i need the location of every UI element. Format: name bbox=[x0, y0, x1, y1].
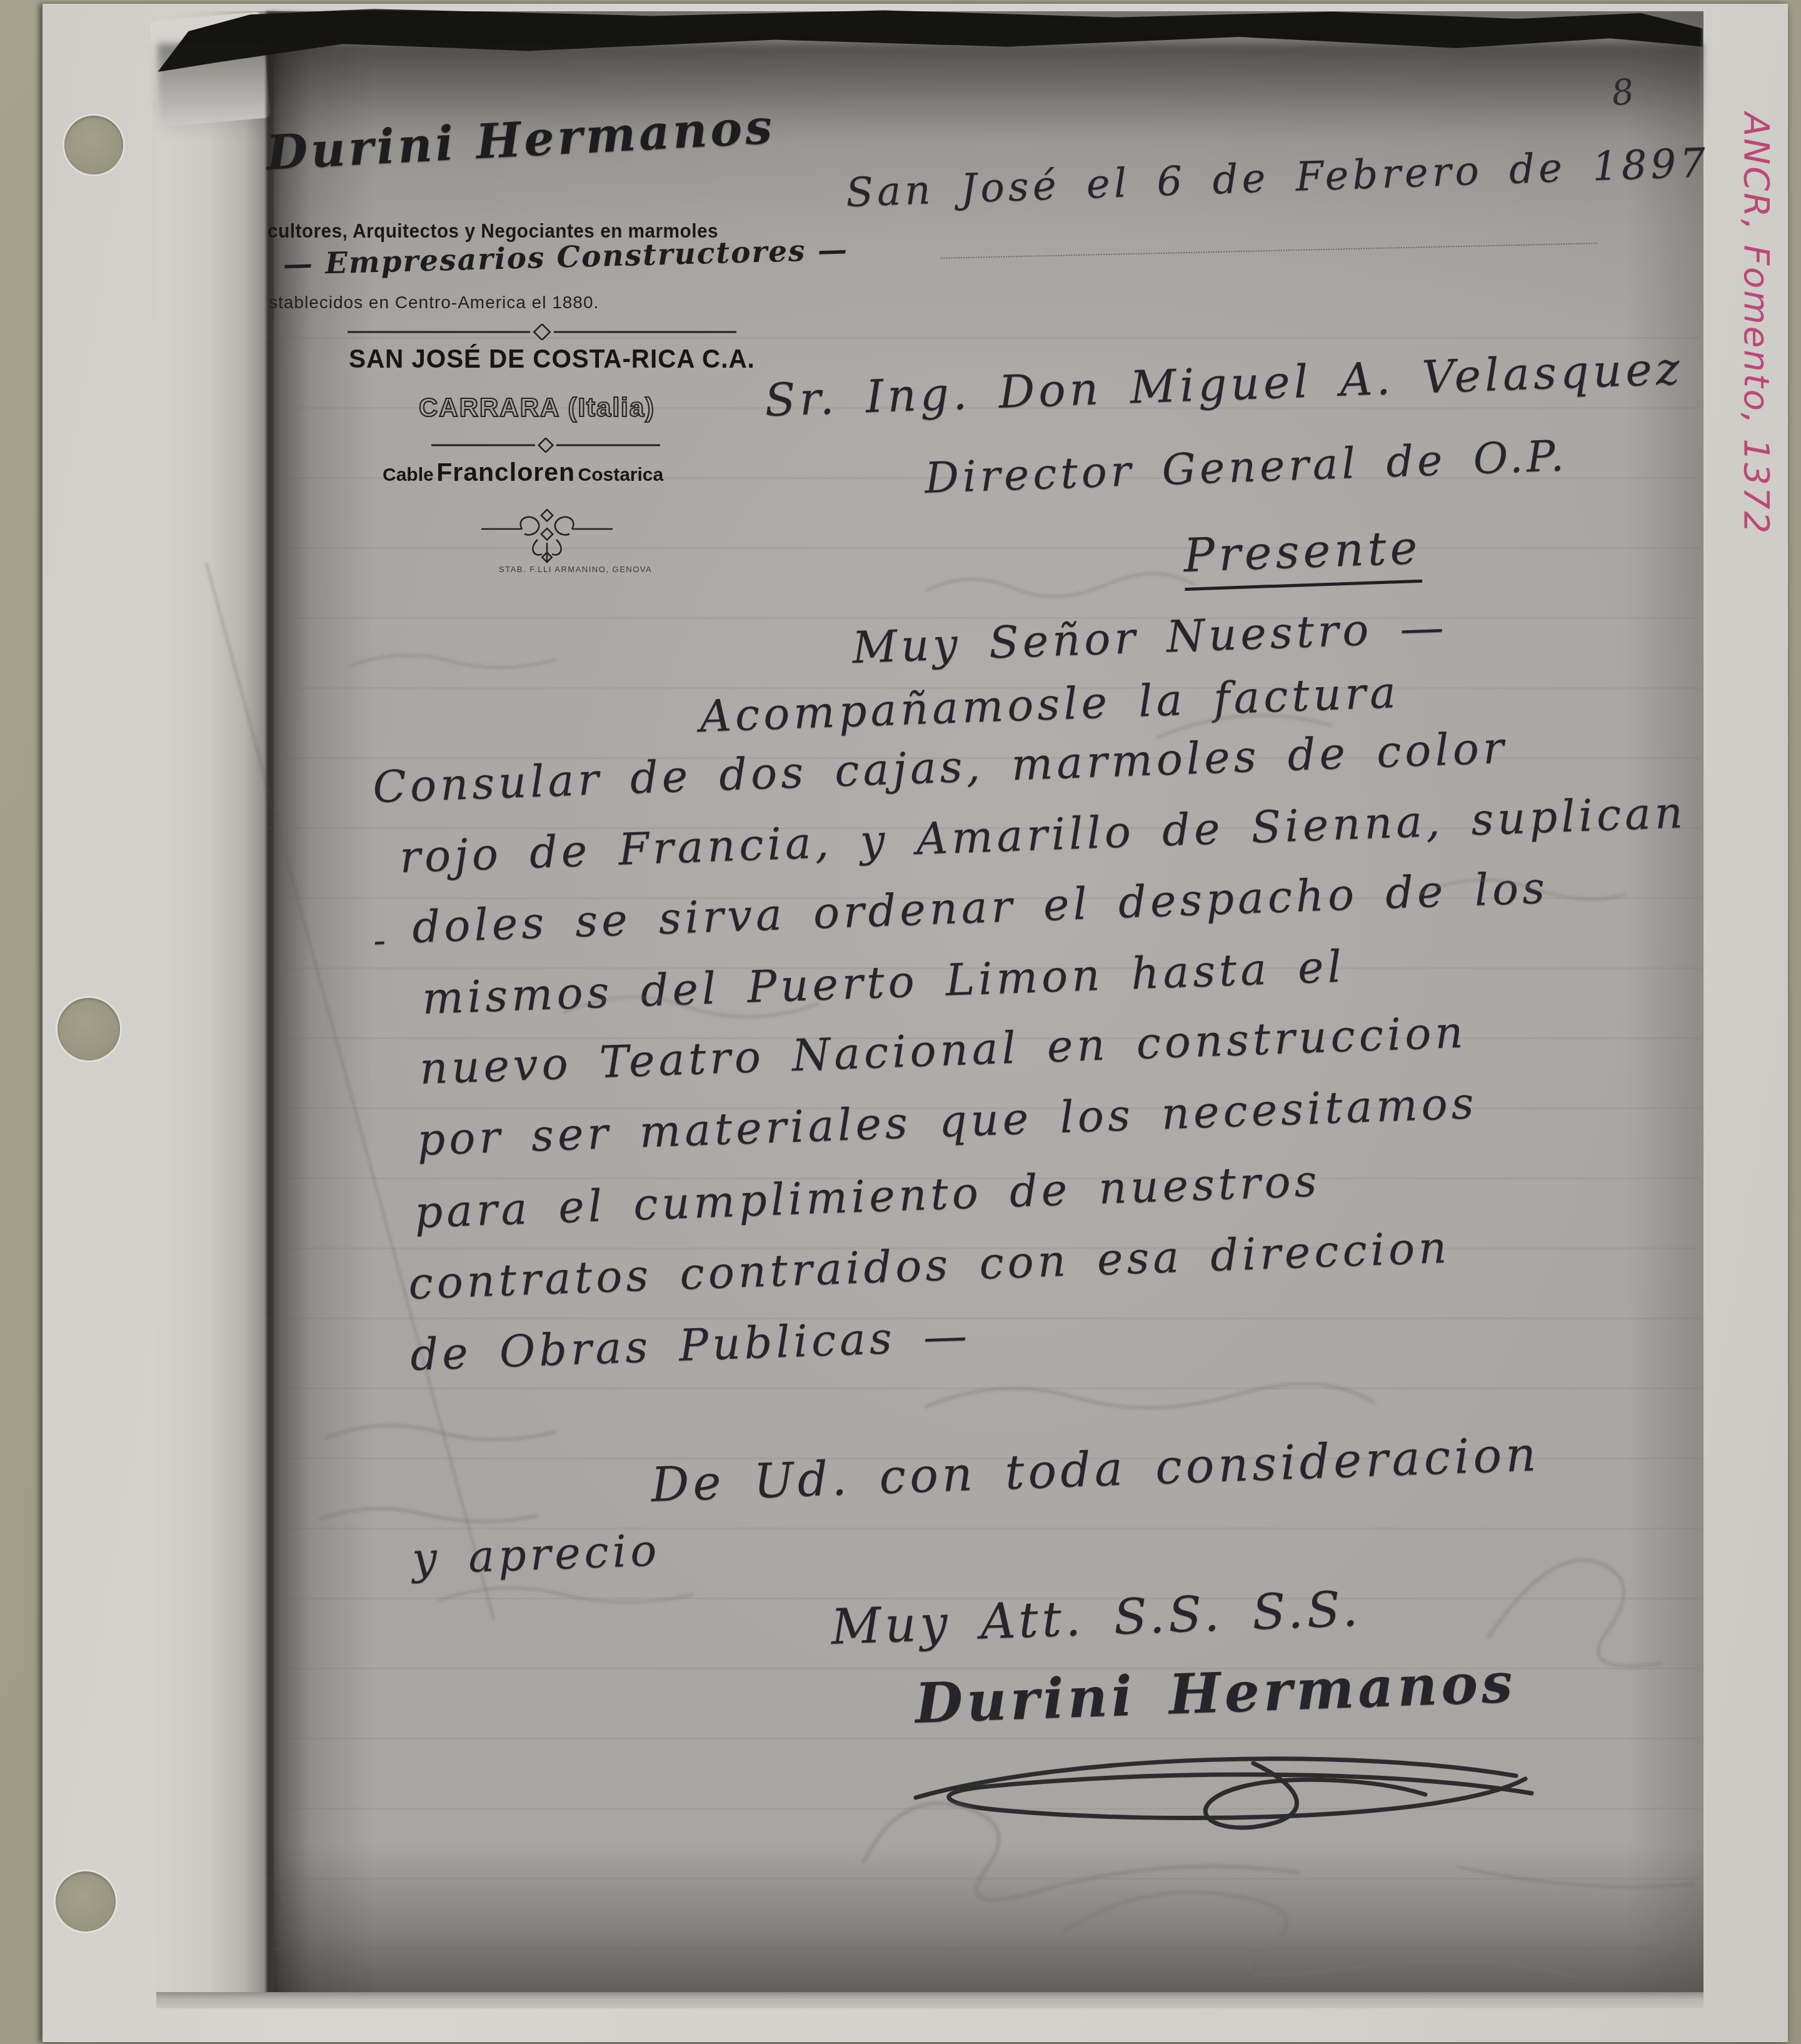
archive-annotation: ANCR, Fomento, 1372 bbox=[1736, 113, 1777, 535]
presente-underlined: Presente bbox=[1183, 521, 1422, 591]
closing-line: y aprecio bbox=[411, 1524, 661, 1584]
continuation-dash: - bbox=[373, 919, 390, 962]
letterhead-established-line: stablecidos en Centro-America el 1880. bbox=[269, 293, 599, 313]
recipient-presente: Presente bbox=[1183, 521, 1422, 583]
punch-hole-top bbox=[64, 116, 123, 174]
letterhead-carrara-line: CARRARA (Italia) bbox=[419, 393, 655, 423]
photocopy-bottom-curl bbox=[156, 1992, 1703, 2008]
punch-hole-middle bbox=[58, 998, 120, 1060]
cable-name: Francloren bbox=[436, 458, 575, 486]
letterhead-cable-line: Cable Francloren Costarica bbox=[383, 458, 663, 487]
archive-photo: Durini Hermanos cultores, Arquitectos y … bbox=[0, 0, 1801, 2044]
photocopy-left-curl bbox=[156, 11, 274, 2003]
punch-hole-bottom bbox=[56, 1871, 116, 1931]
letterhead-city-line: San José de Costa-Rica C.A. bbox=[349, 344, 755, 375]
letterhead-printer-mark: STAB. F.LLI ARMANINO, GENOVA bbox=[499, 565, 652, 574]
cable-place: Costarica bbox=[578, 465, 664, 485]
cable-label: Cable bbox=[383, 465, 434, 485]
